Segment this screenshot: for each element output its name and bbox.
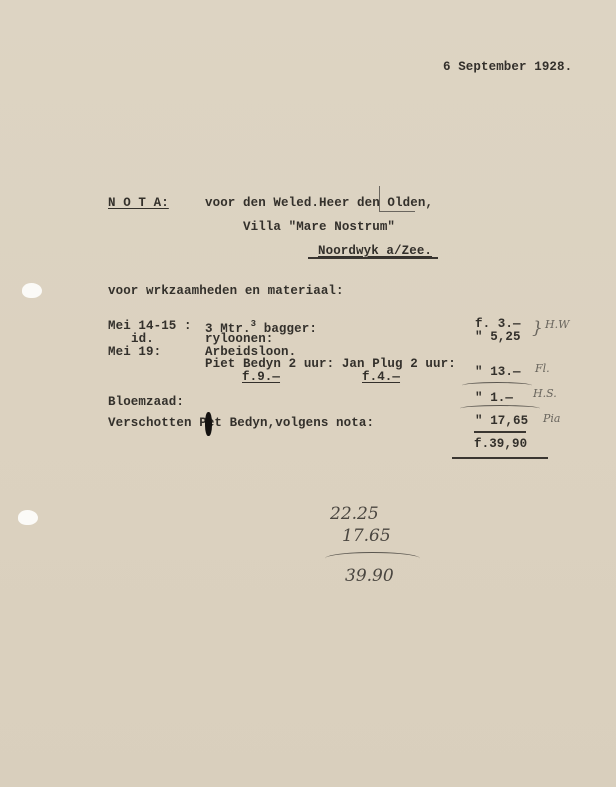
item2-date: id.: [131, 332, 154, 346]
addressee-line1: voor den Weled.Heer den Olden,: [205, 196, 433, 210]
item1-date: Mei 14-15 :: [108, 319, 192, 333]
brace-mark: }: [532, 318, 543, 338]
punch-hole-bottom: [18, 510, 38, 525]
margin-note-3: H.S.: [533, 387, 557, 400]
addressee-line2: Villa "Mare Nostrum": [243, 220, 395, 234]
subtotal-jan: f.4.—: [362, 370, 400, 384]
verschotten-label-b: et Bedyn,volgens nota:: [207, 416, 374, 430]
margin-note-2: Fl.: [535, 362, 550, 375]
ink-blot: [205, 412, 212, 436]
total-rule-bottom: [452, 457, 548, 459]
pencil-calc-line2: 17.65: [342, 526, 391, 546]
pencil-calc-rule: [325, 552, 420, 565]
total-amount: f.39,90: [474, 437, 527, 451]
bloemzaad-amount: " 1.—: [475, 391, 513, 405]
item4-desc: Piet Bedyn 2 uur: Jan Plug 2 uur:: [205, 357, 456, 371]
verschotten-label-a: Verschotten P: [108, 416, 207, 430]
subtotal-piet: f.9.—: [242, 370, 280, 384]
intro-text: voor wrkzaamheden en materiaal:: [108, 284, 344, 298]
pencil-calc-line1: 22.25: [330, 504, 379, 524]
document-date: 6 September 1928.: [443, 60, 572, 74]
addressee-line3: Noordwyk a/Zee.: [318, 244, 432, 258]
item3-date: Mei 19:: [108, 345, 161, 359]
address-underline: [308, 257, 438, 259]
margin-note-4: Pia: [543, 412, 560, 425]
verschotten-label: Verschotten Pet Bedyn,volgens nota:: [108, 416, 374, 430]
item4-amount: " 13.—: [475, 365, 521, 379]
item1-amount: f. 3.—: [475, 317, 521, 331]
nota-heading: N O T A:: [108, 196, 169, 210]
verschotten-amount: " 17,65: [475, 414, 528, 428]
item2-amount: " 5,25: [475, 330, 521, 344]
total-rule-top: [474, 431, 526, 433]
pencil-line-2: [460, 405, 540, 412]
pencil-line-1: [462, 382, 532, 389]
margin-note-1: H.W: [545, 318, 569, 331]
document-page: 6 September 1928. N O T A: voor den Wele…: [0, 0, 616, 787]
item2-desc: ryloonen:: [205, 332, 273, 346]
pencil-calc-result: 39.90: [345, 566, 394, 586]
bloemzaad-label: Bloemzaad:: [108, 395, 184, 409]
punch-hole-top: [22, 283, 42, 298]
pencil-bracket-vertical: [379, 186, 380, 212]
pencil-bracket-horizontal: [379, 211, 415, 212]
